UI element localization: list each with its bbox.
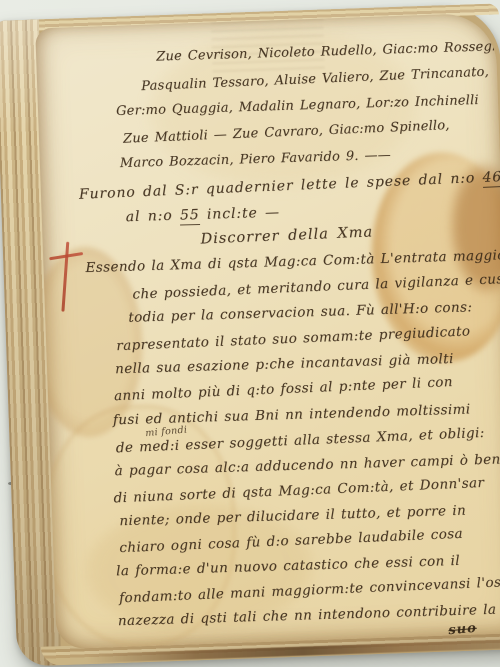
red-cross-mark-icon — [61, 242, 68, 312]
body-line: rapresentato il stato suo somam:te pregi… — [116, 323, 471, 354]
attendance-line: Ger:mo Quaggia, Madalin Legnaro, Lor:zo … — [116, 93, 479, 119]
body-line: fusi ed antichi sua Bni nn intendendo mo… — [113, 401, 471, 428]
clerk-note-text: Furono dal S:r quadernier lette le spese… — [79, 170, 483, 203]
photo-backdrop: Zue Cevrison, Nicoleto Rudello, Giac:mo … — [0, 0, 500, 667]
body-line: anni molto più di q:to fossi al p:nte pe… — [114, 374, 453, 404]
body-line: di niuna sorte di qsta Mag:ca Com:tà, et… — [113, 475, 484, 507]
clerk-note-text: incl:te — — [199, 205, 280, 223]
attendance-line: Marco Bozzacin, Piero Favarido 9. —— — [120, 148, 391, 171]
attendance-line: Zue Mattioli — Zue Cavraro, Giac:mo Spin… — [123, 118, 450, 147]
clerk-note-text: al n:o — [126, 208, 181, 226]
expense-number: 55 — [180, 207, 200, 226]
body-line: niente; onde per dilucidare il tutto, et… — [119, 503, 466, 530]
clerk-note-line: al n:o 55 incl:te — — [126, 205, 281, 226]
attendance-line: Zue Cevrison, Nicoleto Rudello, Giac:mo … — [156, 39, 500, 65]
body-line: fondam:to alle mani maggiorm:te convince… — [119, 573, 500, 606]
body-line: chiaro ogni cosa fù d:o sarebbe laudabil… — [119, 526, 463, 556]
clerk-note-line: Furono dal S:r quadernier lette le spese… — [79, 167, 500, 202]
body-line: Essendo la Xma di qsta Mag:ca Com:tà L'e… — [85, 247, 500, 276]
section-heading: Discorrer della Xma — [200, 224, 373, 247]
manuscript-book: Zue Cevrison, Nicoleto Rudello, Giac:mo … — [0, 3, 500, 666]
body-line: la forma:e d'un nuovo catastico che essi… — [116, 553, 460, 579]
body-line: à pagar cosa alc:a adducendo nn haver ca… — [114, 451, 500, 479]
manuscript-page: Zue Cevrison, Nicoleto Rudello, Giac:mo … — [35, 13, 500, 650]
body-line: che possieda, et meritando cura la vigil… — [132, 271, 500, 303]
body-line: nazezza di qsti tali che nn intendono co… — [118, 602, 497, 630]
body-line: nella sua esazione p:che incantavasi già… — [115, 351, 454, 377]
body-line: todia per la conservacion sua. Fù all'H:… — [128, 299, 472, 326]
expense-number: 46 — [482, 169, 500, 188]
